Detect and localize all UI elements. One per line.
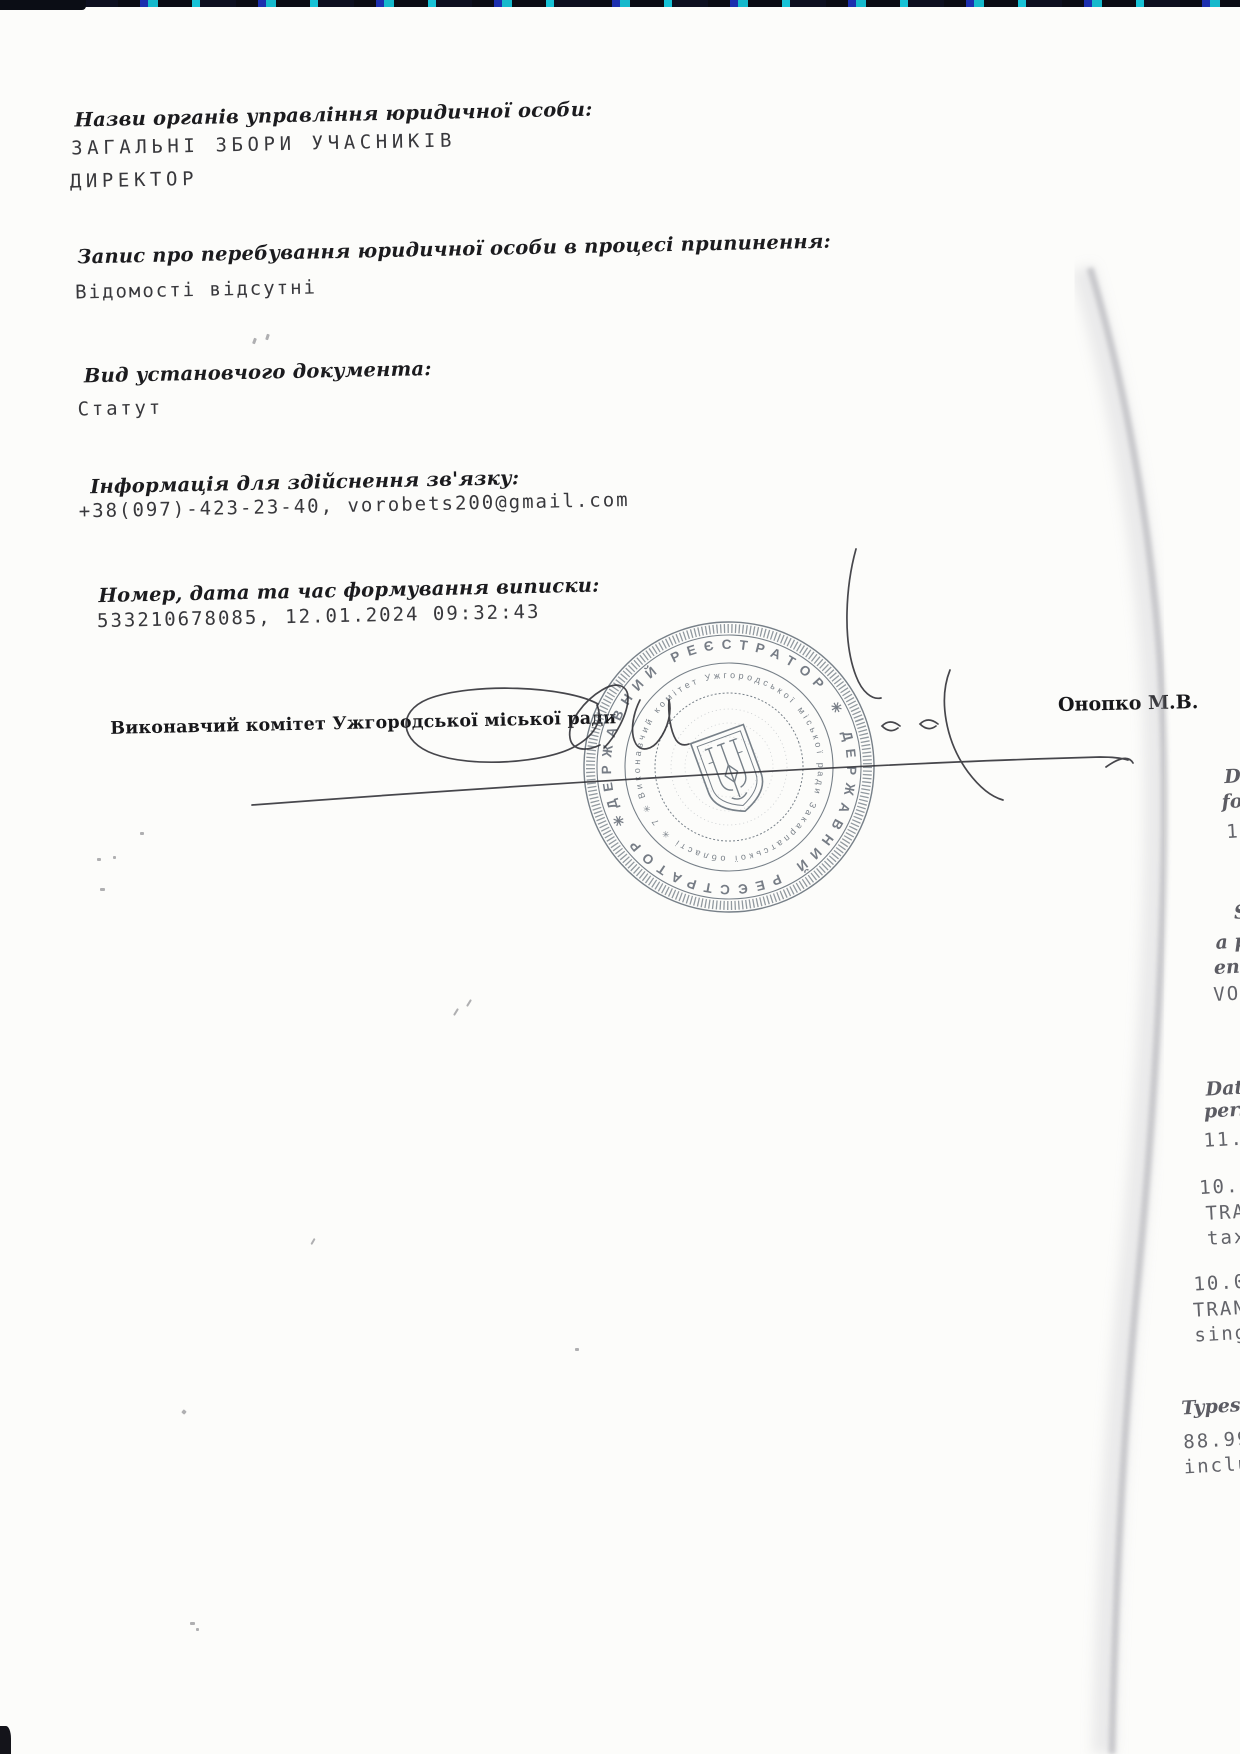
scan-speckle	[100, 888, 105, 891]
scan-speckle	[575, 1348, 579, 1351]
registrar-name: Онопко М.В.	[1058, 691, 1199, 716]
section-governing-bodies: Назви органів управління юридичної особи…	[74, 98, 594, 193]
page2-fragment: D	[1224, 765, 1240, 788]
page2-fragment: entit	[1213, 954, 1240, 979]
page2-fragment: 11.01	[1203, 1126, 1240, 1152]
page2-fragment: included	[1183, 1450, 1240, 1478]
page2-fragment: Data	[1205, 1076, 1240, 1101]
tryzub-emblem-icon	[691, 725, 772, 821]
scan-speckle	[140, 832, 144, 835]
section-value: Статут	[77, 391, 432, 420]
scan-speckle	[97, 858, 101, 861]
page2-fragment: a pe	[1215, 929, 1240, 953]
scan-speckle	[113, 856, 116, 859]
scanner-corner-artifact	[0, 1726, 11, 1754]
page2-fragment: person	[1203, 1097, 1240, 1123]
page2-fragment: 10	[1226, 820, 1240, 843]
page2-fragment: single	[1194, 1320, 1240, 1346]
page2-fragment: Types of e	[1181, 1392, 1240, 1420]
page2-fragment: taxpay	[1206, 1223, 1240, 1249]
page2-fragment: fo	[1221, 790, 1240, 813]
scanned-document-page: { "document": { "sections": [ { "label":…	[0, 0, 1240, 1754]
section-extract-number: Номер, дата та час формування виписки: 5…	[98, 574, 600, 632]
page2-fragment: 10.01	[1199, 1173, 1240, 1199]
page2-fragment: VOR	[1213, 982, 1240, 1006]
scan-speckle	[190, 1622, 195, 1625]
issuer-authority: Виконавчий комітет Ужгородської міської …	[110, 708, 617, 739]
section-label: Запис про перебування юридичної особи в …	[77, 230, 831, 269]
page2-fragment: TRANSC	[1192, 1295, 1240, 1321]
page2-fragment: Sur	[1233, 900, 1240, 924]
section-value: Відомості відсутні	[75, 266, 832, 304]
scan-speckle	[196, 1628, 199, 1631]
section-value: ЗАГАЛЬНІ ЗБОРИ УЧАСНИКІВ	[71, 127, 593, 160]
section-label: Вид установчого документа:	[84, 357, 432, 387]
page2-fragment: 10.01.	[1193, 1269, 1240, 1295]
page2-fragment: 88.99 Pr	[1183, 1425, 1240, 1453]
next-page-edge: D fo 10 Sur a pe entit VOR Data person 1…	[1100, 728, 1240, 1499]
scan-speckle	[181, 1409, 187, 1415]
section-contact-info: Інформація для здійснення зв'язку: +38(0…	[90, 464, 630, 522]
section-founding-document: Вид установчого документа: Статут	[84, 357, 433, 420]
section-value: ДИРЕКТОР	[70, 160, 594, 193]
section-label: Назви органів управління юридичної особи…	[74, 98, 592, 132]
page2-fragment: TRANS	[1205, 1199, 1240, 1225]
section-termination-record: Запис про перебування юридичної особи в …	[77, 230, 832, 304]
